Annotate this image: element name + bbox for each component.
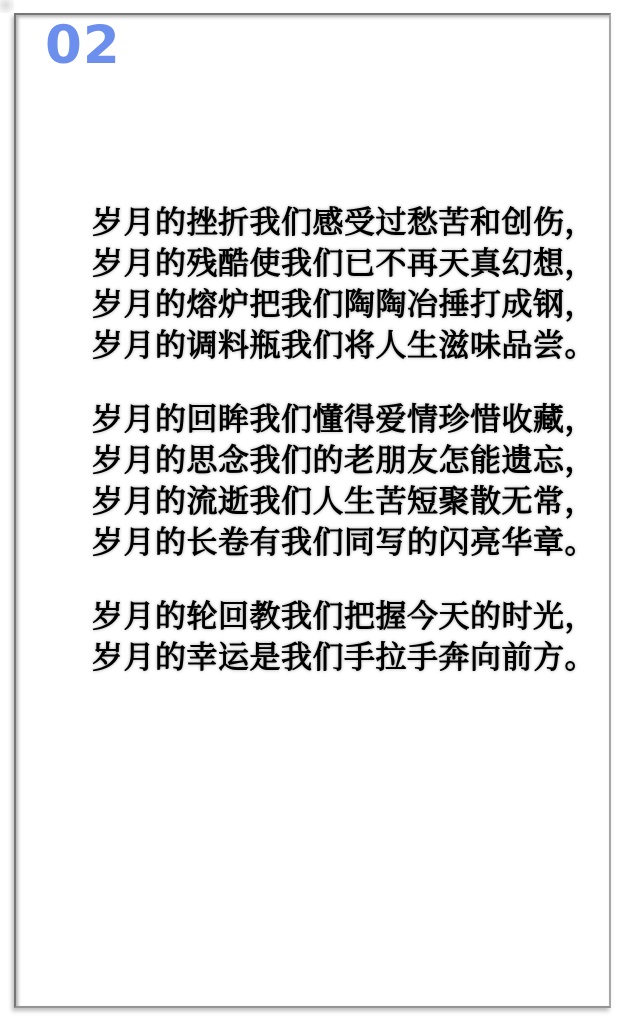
poem-stanza: 岁月的回眸我们懂得爱情珍惜收藏，岁月的思念我们的老朋友怎能遗忘，岁月的流逝我们人… <box>92 400 592 564</box>
poem-line: 岁月的调料瓶我们将人生滋味品尝。 <box>92 326 592 367</box>
poem-line: 岁月的幸运是我们手拉手奔向前方。 <box>92 638 592 679</box>
slide-number: 02 <box>45 18 121 74</box>
poem-line: 岁月的轮回教我们把握今天的时光， <box>92 597 592 638</box>
poem-stanza: 岁月的轮回教我们把握今天的时光，岁月的幸运是我们手拉手奔向前方。 <box>92 597 592 679</box>
poem-line: 岁月的思念我们的老朋友怎能遗忘， <box>92 441 592 482</box>
poem: 岁月的挫折我们感受过愁苦和创伤，岁月的残酷使我们已不再天真幻想，岁月的熔炉把我们… <box>92 203 592 679</box>
poem-line: 岁月的回眸我们懂得爱情珍惜收藏， <box>92 400 592 441</box>
poem-line: 岁月的流逝我们人生苦短聚散无常， <box>92 482 592 523</box>
page-corner-artifact <box>0 0 14 13</box>
poem-line: 岁月的长卷有我们同写的闪亮华章。 <box>92 523 592 564</box>
poem-line: 岁月的挫折我们感受过愁苦和创伤， <box>92 203 592 244</box>
poem-line: 岁月的熔炉把我们陶陶冶捶打成钢， <box>92 285 592 326</box>
poem-stanza: 岁月的挫折我们感受过愁苦和创伤，岁月的残酷使我们已不再天真幻想，岁月的熔炉把我们… <box>92 203 592 367</box>
poem-line: 岁月的残酷使我们已不再天真幻想， <box>92 244 592 285</box>
